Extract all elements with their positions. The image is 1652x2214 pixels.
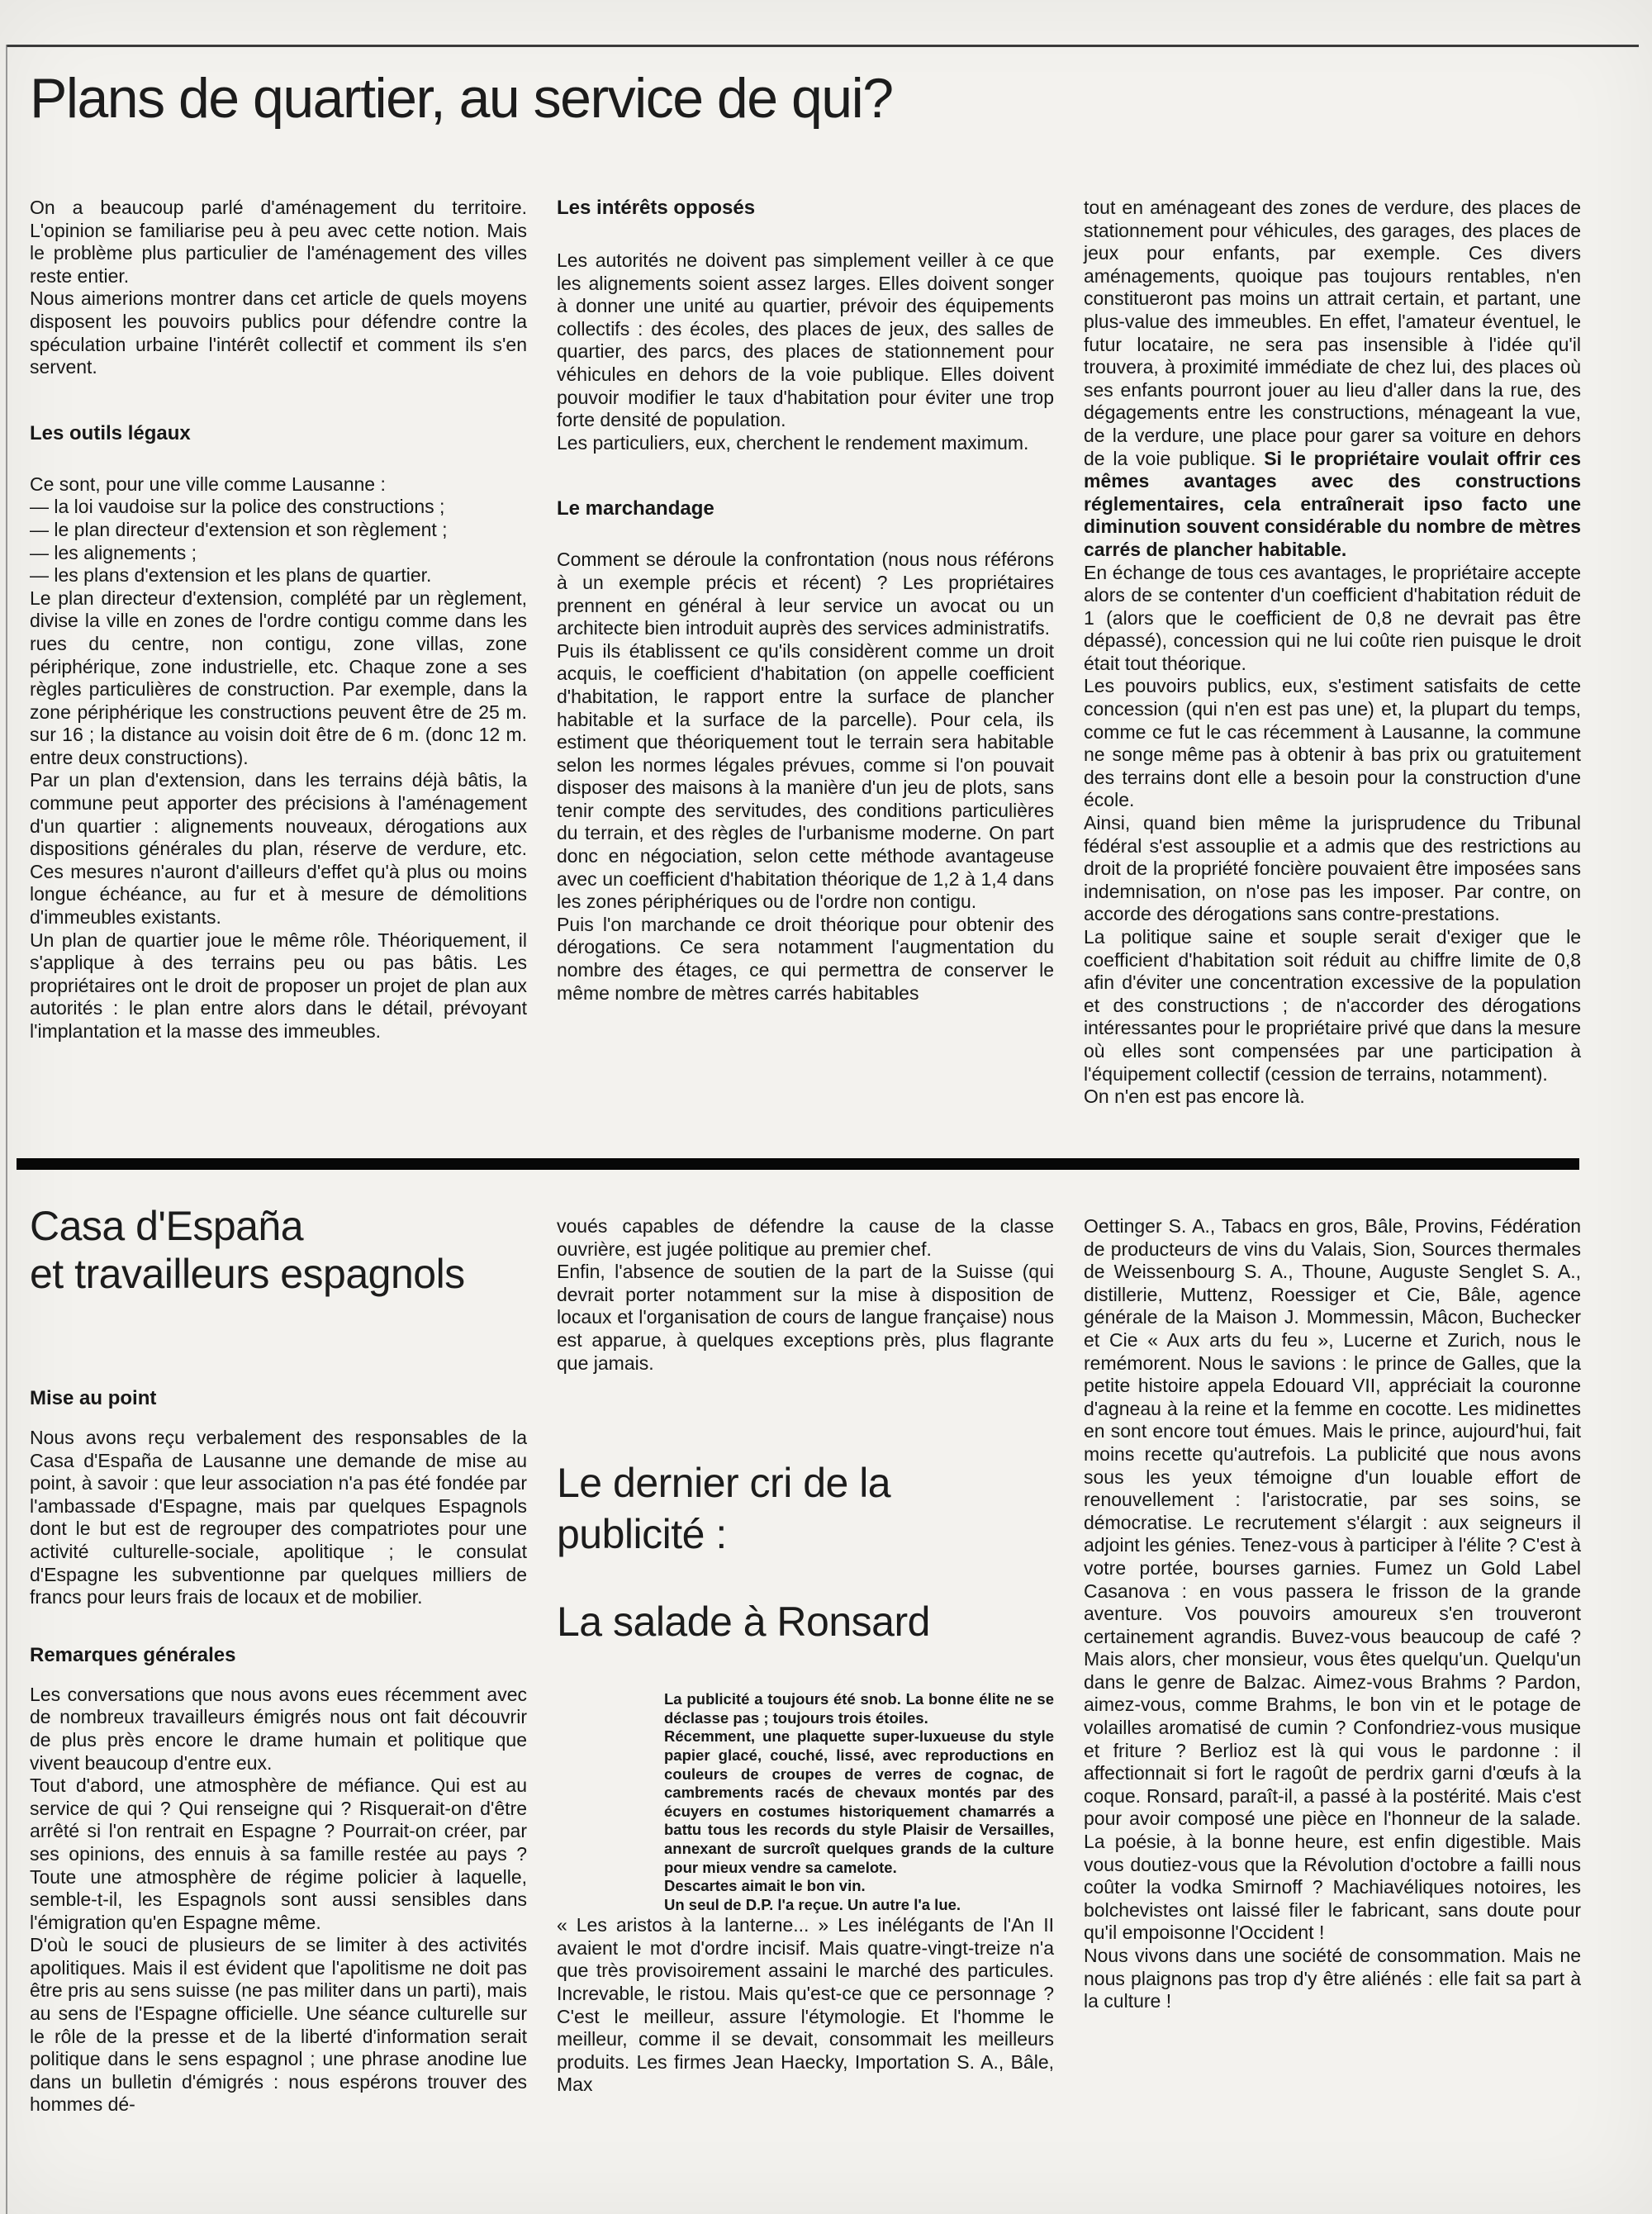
- paragraph: tout en aménageant des zones de verdure,…: [1084, 197, 1581, 562]
- subhead-outils-legaux: Les outils légaux: [30, 422, 527, 445]
- subhead-remarques-generales: Remarques générales: [30, 1644, 527, 1667]
- paragraph: voués capables de défendre la cause de l…: [557, 1215, 1054, 1261]
- lede-paragraph: Descartes aimait le bon vin.: [664, 1877, 1054, 1896]
- subhead-mise-au-point: Mise au point: [30, 1387, 527, 1410]
- top-rule: [7, 45, 1639, 47]
- casa-title-line1: Casa d'España: [30, 1203, 303, 1249]
- article-pub-col-3: Oettinger S. A., Tabacs en gros, Bâle, P…: [1084, 1202, 1581, 2117]
- article-plans-col-3: tout en aménageant des zones de verdure,…: [1084, 197, 1581, 1109]
- list-item: — la loi vaudoise sur la police des cons…: [30, 496, 527, 519]
- paragraph: Un plan de quartier joue le même rôle. T…: [30, 929, 527, 1043]
- article-pub-title: Le dernier cri de lapublicité :: [557, 1457, 1054, 1560]
- paragraph: En échange de tous ces avantages, le pro…: [1084, 562, 1581, 676]
- article-pub-col-2: voués capables de défendre la cause de l…: [557, 1202, 1054, 2117]
- paragraph: Les autorités ne doivent pas simplement …: [557, 249, 1054, 432]
- pub-title-line2: publicité :: [557, 1511, 727, 1557]
- lede-paragraph: Un seul de D.P. l'a reçue. Un autre l'a …: [664, 1896, 1054, 1915]
- article-pub-subtitle: La salade à Ronsard: [557, 1598, 1054, 1646]
- paragraph: Nous vivons dans une société de consomma…: [1084, 1945, 1581, 2013]
- list-item: — les plans d'extension et les plans de …: [30, 564, 527, 587]
- lede-paragraph: Récemment, une plaquette super-luxueuse …: [664, 1727, 1054, 1877]
- list-item: — les alignements ;: [30, 542, 527, 565]
- subhead-interets-opposes: Les intérêts opposés: [557, 197, 1054, 220]
- paragraph: La politique saine et souple serait d'ex…: [1084, 926, 1581, 1086]
- article-plans-columns: On a beaucoup parlé d'aménagement du ter…: [30, 197, 1581, 1109]
- subhead-marchandage: Le marchandage: [557, 497, 1054, 520]
- paragraph: « Les aristos à la lanterne... » Les iné…: [557, 1914, 1054, 2097]
- pub-title-line1: Le dernier cri de la: [557, 1460, 890, 1506]
- paragraph: Par un plan d'extension, dans les terrai…: [30, 769, 527, 929]
- lede-paragraph: La publicité a toujours été snob. La bon…: [664, 1690, 1054, 1727]
- article-plans-col-2: Les intérêts opposés Les autorités ne do…: [557, 197, 1054, 1109]
- paragraph: Tout d'abord, une atmosphère de méfiance…: [30, 1775, 527, 1934]
- article-plans-title: Plans de quartier, au service de qui?: [30, 66, 893, 131]
- newspaper-page: Plans de quartier, au service de qui? On…: [0, 0, 1652, 2214]
- paragraph: Nous aimerions montrer dans cet article …: [30, 287, 527, 378]
- paragraph: Puis l'on marchande ce droit théorique p…: [557, 914, 1054, 1005]
- article-pub-lede: La publicité a toujours été snob. La bon…: [664, 1690, 1054, 1914]
- paragraph: Le plan directeur d'extension, complété …: [30, 587, 527, 770]
- paragraph: D'où le souci de plusieurs de se limiter…: [30, 1934, 527, 2117]
- section-divider: [17, 1158, 1579, 1170]
- bottom-section-columns: Casa d'Españaet travailleurs espagnols M…: [30, 1202, 1581, 2117]
- paragraph: On a beaucoup parlé d'aménagement du ter…: [30, 197, 527, 287]
- paragraph: Comment se déroule la confrontation (nou…: [557, 549, 1054, 639]
- paragraph: Les particuliers, eux, cherchent le rend…: [557, 432, 1054, 455]
- paragraph-text: tout en aménageant des zones de verdure,…: [1084, 197, 1581, 469]
- paragraph: Ce sont, pour une ville comme Lausanne :: [30, 473, 527, 496]
- paragraph: Enfin, l'absence de soutien de la part d…: [557, 1261, 1054, 1375]
- casa-title-line2: et travailleurs espagnols: [30, 1251, 465, 1297]
- paragraph: Ainsi, quand bien même la jurisprudence …: [1084, 812, 1581, 926]
- left-edge-rule: [6, 45, 7, 2214]
- paragraph: Puis ils établissent ce qu'ils considère…: [557, 640, 1054, 914]
- paragraph: On n'en est pas encore là.: [1084, 1086, 1581, 1109]
- list-item: — le plan directeur d'extension et son r…: [30, 519, 527, 542]
- paragraph: Oettinger S. A., Tabacs en gros, Bâle, P…: [1084, 1215, 1581, 1945]
- paragraph: Nous avons reçu verbalement des responsa…: [30, 1427, 527, 1609]
- article-plans-col-1: On a beaucoup parlé d'aménagement du ter…: [30, 197, 527, 1109]
- article-casa-col-1: Casa d'Españaet travailleurs espagnols M…: [30, 1202, 527, 2117]
- paragraph: Les conversations que nous avons eues ré…: [30, 1684, 527, 1775]
- article-casa-title: Casa d'Españaet travailleurs espagnols: [30, 1202, 527, 1298]
- paragraph: Les pouvoirs publics, eux, s'estiment sa…: [1084, 675, 1581, 812]
